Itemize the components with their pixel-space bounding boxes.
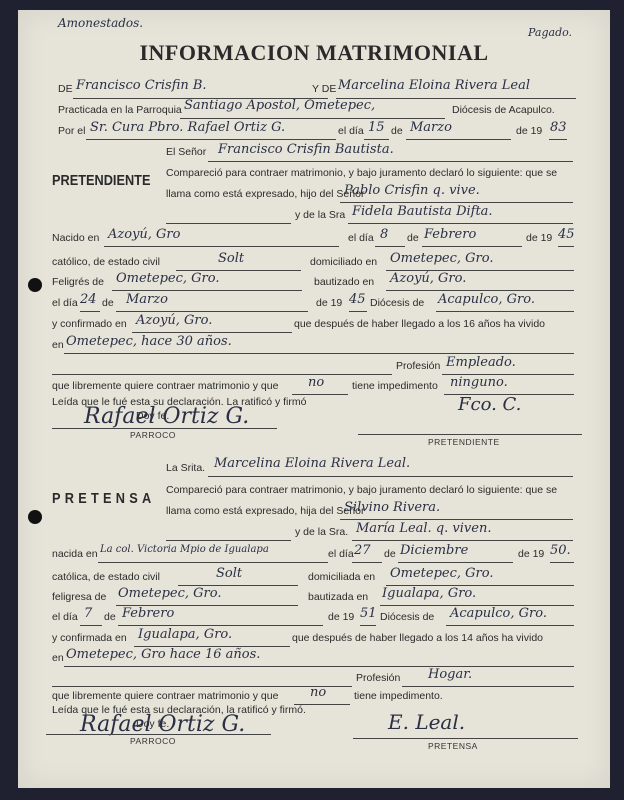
annotation-left: Amonestados. — [58, 16, 143, 30]
de-label: de — [384, 548, 396, 560]
impedimento-value: ninguno. — [450, 375, 508, 390]
nacido-label: Nacido en — [52, 232, 99, 244]
madre-value: Fidela Bautista Difta. — [352, 204, 493, 219]
hijo-label: llama como está expresado, hijo del Seño… — [166, 188, 364, 200]
feligres-label: Feligrés de — [52, 276, 104, 288]
estado-civil-value: Solt — [216, 566, 242, 581]
profesion-value: Empleado. — [446, 355, 516, 370]
mes-value: Marzo — [410, 120, 452, 135]
de-bautizo-label: de — [102, 297, 114, 309]
parroco-signature: Rafael Ortiz G. — [84, 404, 249, 429]
senor-label: El Señor — [166, 146, 206, 158]
dia-value: 8 — [380, 227, 388, 242]
de-19-bautizo-label: de 19 — [328, 611, 354, 623]
el-dia-label: el día — [328, 548, 354, 560]
bautizado-value: Azoyú, Gro. — [390, 271, 466, 286]
bride-name: Marcelina Eloina Rivera Leal — [338, 78, 530, 93]
diocesis-label: Diócesis de — [380, 611, 434, 623]
nacido-value: Azoyú, Gro — [108, 227, 180, 242]
padre-value: Silvino Rivera. — [344, 500, 440, 515]
impedimento-label: tiene impedimento — [352, 380, 438, 392]
el-dia-bautizo-label: el día — [52, 611, 78, 623]
impedimento-label: tiene impedimento. — [354, 690, 443, 702]
libremente-text: que libremente quiere contraer matrimoni… — [52, 380, 278, 392]
de-19-label: de 19 — [518, 548, 544, 560]
mes-value: Diciembre — [400, 543, 468, 558]
comparecio-text: Compareció para contraer matrimonio, y b… — [166, 484, 557, 496]
document-title: INFORMACION MATRIMONIAL — [18, 40, 610, 66]
nacida-label: nacida en — [52, 548, 98, 560]
parroco-label: PARROCO — [130, 430, 176, 440]
anio-value: 83 — [550, 120, 567, 135]
pretensa-name: Marcelina Eloina Rivera Leal. — [214, 456, 410, 471]
no-value: no — [310, 685, 326, 700]
pretensa-section-label: PRETENSA — [52, 490, 155, 507]
domiciliado-label: domiciliado en — [310, 256, 377, 268]
pretendiente-section-label: PRETENDIENTE — [52, 172, 150, 189]
groom-name: Francisco Crisfin B. — [76, 78, 207, 93]
mes-value: Febrero — [424, 227, 476, 242]
pretendiente-signature: Fco. C. — [458, 394, 521, 415]
padre-value: Pablo Crisfin q. vive. — [344, 183, 480, 198]
parroquia-value: Santiago Apostol, Ometepec, — [184, 98, 375, 113]
confirmada-label: y confirmada en — [52, 632, 127, 644]
diocesis-label: Diócesis de Acapulco. — [452, 104, 555, 116]
document-page: Amonestados. Pagado. INFORMACION MATRIMO… — [18, 10, 610, 788]
mes-bautizo-value: Marzo — [126, 292, 168, 307]
feligresa-label: feligresa de — [52, 591, 106, 603]
madre-label: y de la Sra — [295, 209, 345, 221]
vivido-value: Ometepec, hace 30 años. — [66, 334, 232, 349]
profesion-label: Profesión — [396, 360, 440, 372]
dia-value: 27 — [354, 543, 371, 558]
domiciliada-label: domiciliada en — [308, 571, 375, 583]
parroquia-label: Practicada en la Parroquia — [58, 104, 182, 116]
no-value: no — [308, 375, 324, 390]
punch-hole — [28, 510, 42, 524]
pretensa-label: PRETENSA — [428, 741, 478, 751]
punch-hole — [28, 278, 42, 292]
de-label: de — [407, 232, 419, 244]
profesion-label: Profesión — [356, 672, 400, 684]
nacida-value: La col. Victoria Mpio de Igualapa — [100, 544, 269, 555]
feligres-value: Ometepec, Gro. — [116, 271, 220, 286]
el-dia-label: el día — [348, 232, 374, 244]
catolico-label: católico, de estado civil — [52, 256, 160, 268]
diocesis-value: Acapulco, Gro. — [450, 606, 547, 621]
despues-text: que después de haber llegado a los 14 añ… — [292, 632, 543, 644]
dia-value: 15 — [368, 120, 385, 135]
confirmado-label: y confirmado en — [52, 318, 127, 330]
en-label: en — [52, 339, 64, 351]
por-el-value: Sr. Cura Pbro. Rafael Ortiz G. — [90, 120, 285, 135]
de-19-label: de 19 — [516, 125, 542, 137]
de-19-label: de 19 — [526, 232, 552, 244]
parroco-label: PARROCO — [130, 736, 176, 746]
comparecio-text: Compareció para contraer matrimonio, y b… — [166, 167, 557, 179]
en-label: en — [52, 652, 64, 664]
pretensa-signature: E. Leal. — [388, 710, 465, 734]
profesion-value: Hogar. — [428, 667, 472, 682]
vivido-value: Ometepec, Gro hace 16 años. — [66, 647, 260, 662]
madre-label: y de la Sra. — [295, 526, 348, 538]
bautizada-label: bautizada en — [308, 591, 368, 603]
confirmada-value: Igualapa, Gro. — [138, 627, 232, 642]
catolica-label: católica, de estado civil — [52, 571, 160, 583]
pretendiente-name: Francisco Crisfin Bautista. — [218, 142, 394, 157]
hija-label: llama como está expresado, hija del Seño… — [166, 505, 364, 517]
mes-bautizo-value: Febrero — [122, 606, 174, 621]
diocesis-value: Acapulco, Gro. — [438, 292, 535, 307]
y-de-label: Y DE — [312, 83, 336, 95]
de-label-2: de — [391, 125, 403, 137]
el-dia-bautizo-label: el día — [52, 297, 78, 309]
confirmado-value: Azoyú, Gro. — [136, 313, 212, 328]
de-bautizo-label: de — [104, 611, 116, 623]
dia-bautizo-value: 24 — [80, 292, 97, 307]
libremente-text: que libremente quiere contraer matrimoni… — [52, 690, 278, 702]
feligresa-value: Ometepec, Gro. — [118, 586, 222, 601]
bautizada-value: Igualapa, Gro. — [382, 586, 476, 601]
despues-text: que después de haber llegado a los 16 añ… — [294, 318, 545, 330]
estado-civil-value: Solt — [218, 251, 244, 266]
madre-value: María Leal. q. viven. — [356, 521, 491, 536]
domicilio-value: Ometepec, Gro. — [390, 566, 494, 581]
anio-value: 45 — [558, 227, 575, 242]
domicilio-value: Ometepec, Gro. — [390, 251, 494, 266]
bautizado-label: bautizado en — [314, 276, 374, 288]
de-19-bautizo-label: de 19 — [316, 297, 342, 309]
de-label: DE — [58, 83, 73, 95]
diocesis-label: Diócesis de — [370, 297, 424, 309]
dia-bautizo-value: 7 — [84, 606, 92, 621]
srita-label: La Srita. — [166, 462, 205, 474]
pretendiente-label: PRETENDIENTE — [428, 437, 500, 447]
anio-bautizo-value: 51 — [360, 606, 377, 621]
anio-value: 50. — [550, 543, 571, 558]
anio-bautizo-value: 45 — [349, 292, 366, 307]
por-el-label: Por el — [58, 125, 85, 137]
annotation-right: Pagado. — [528, 26, 572, 39]
el-dia-label: el día — [338, 125, 364, 137]
